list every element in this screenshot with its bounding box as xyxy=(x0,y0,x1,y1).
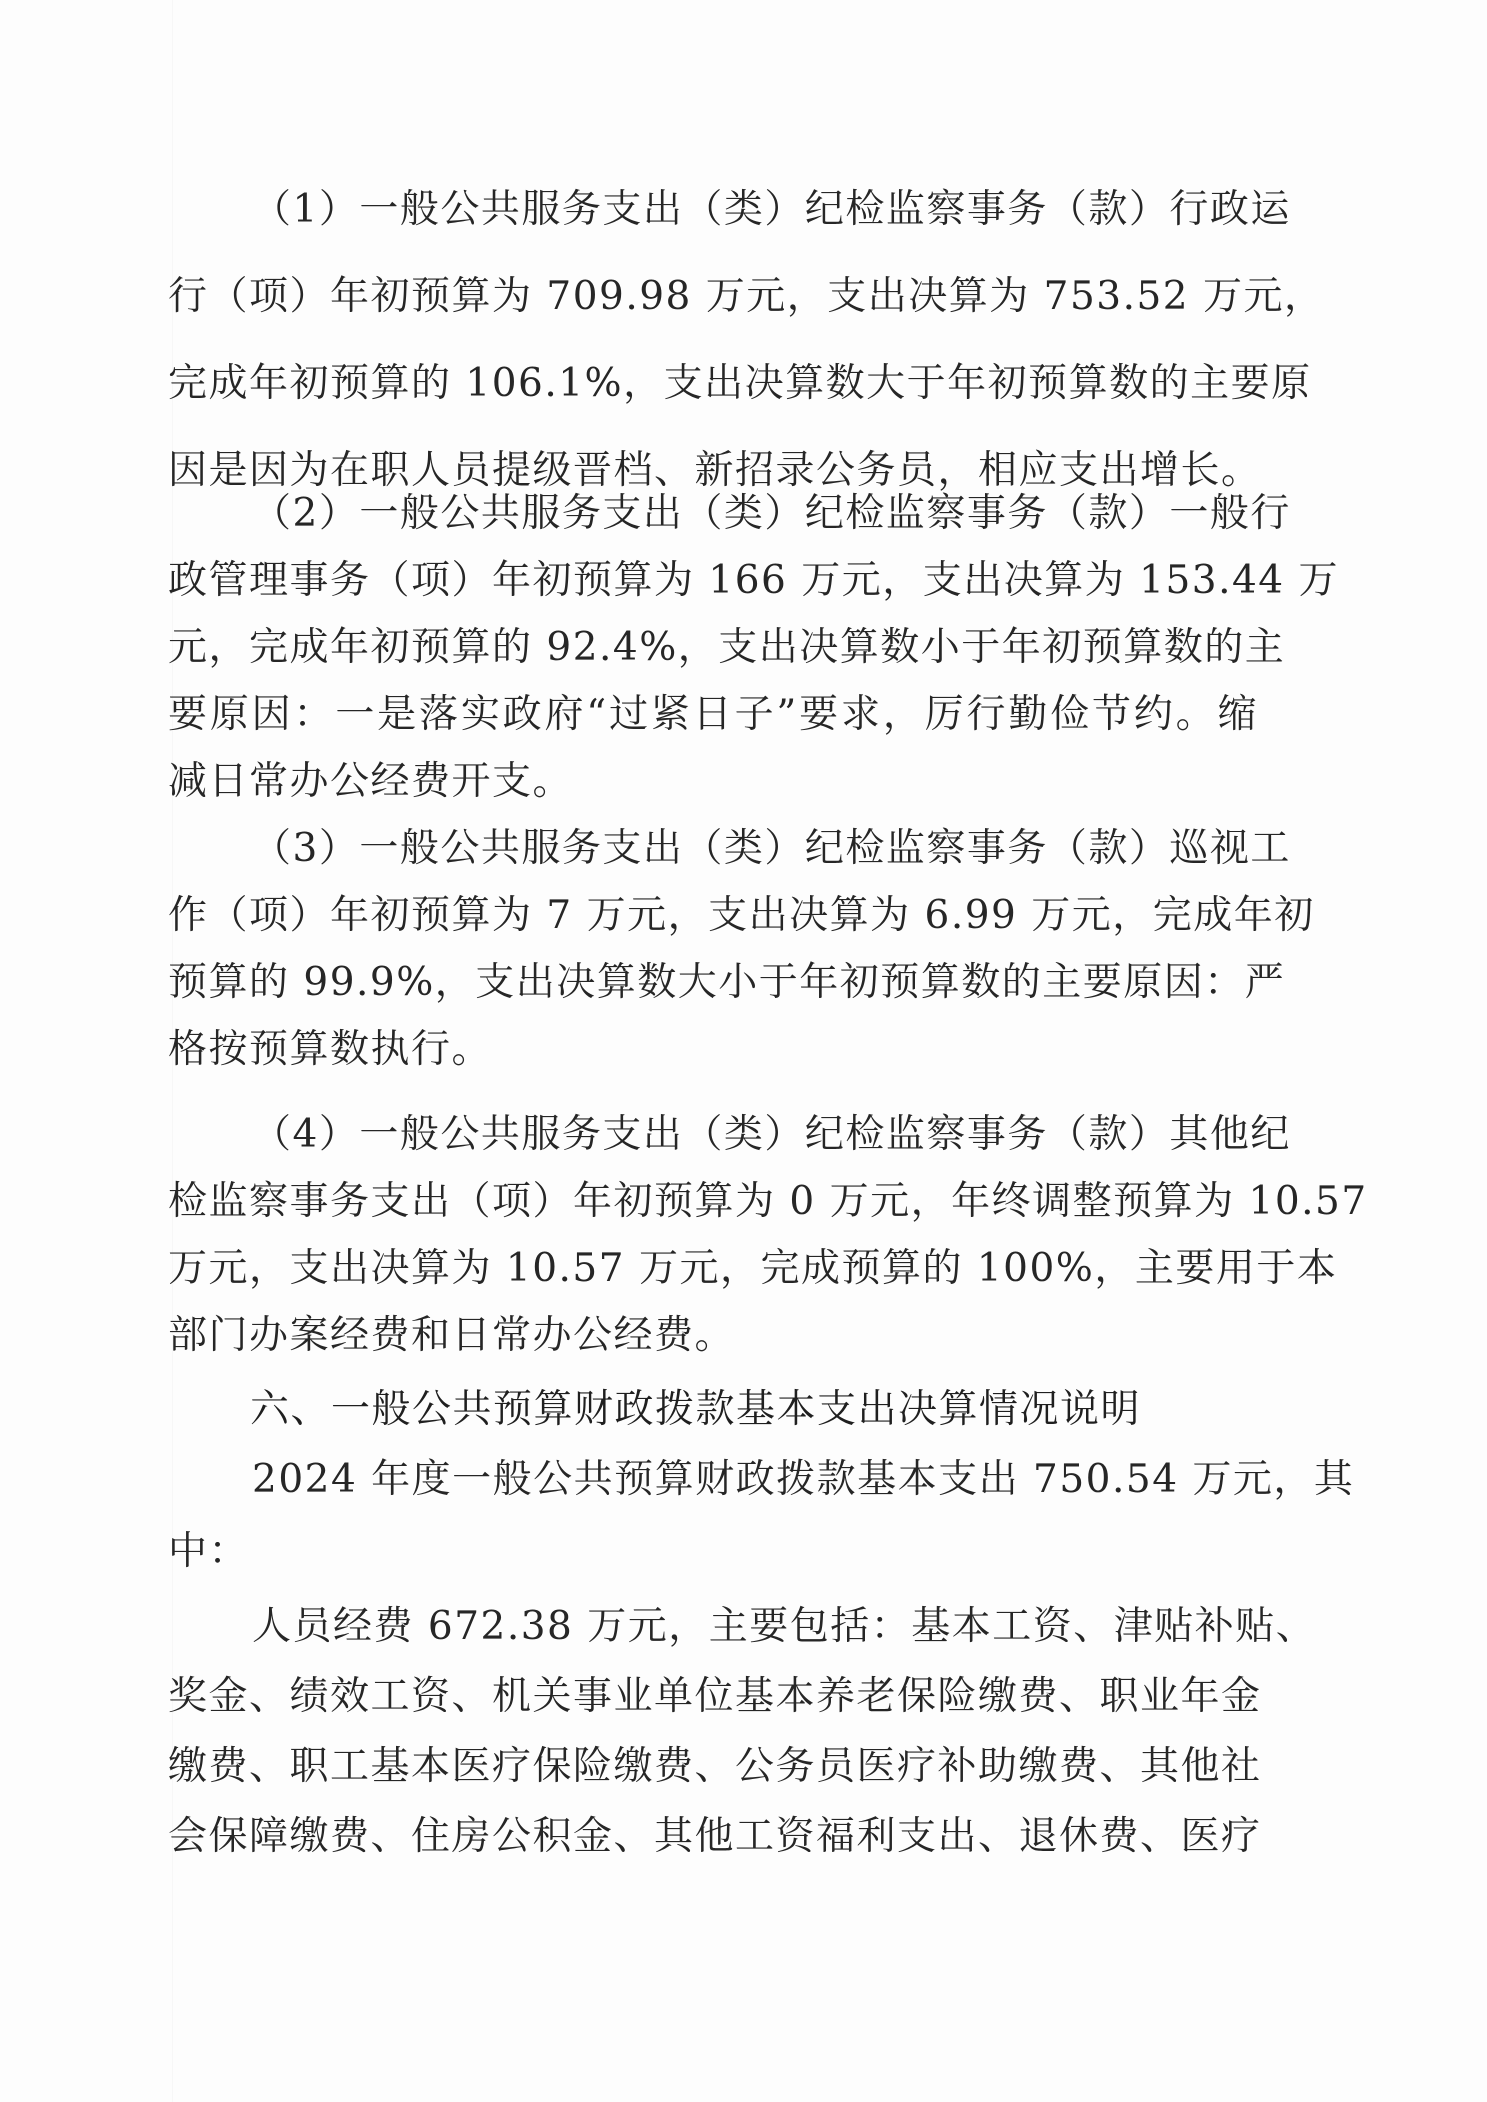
text-line: 会保障缴费、住房公积金、其他工资福利支出、退休费、医疗 xyxy=(168,1807,1258,1867)
text-line: 元，完成年初预算的 92.4%，支出决算数小于年初预算数的主 xyxy=(168,618,1258,678)
text-line: 要原因：一是落实政府“过紧日子”要求，厉行勤俭节约。缩 xyxy=(168,685,1258,745)
text-line: 预算的 99.9%，支出决算数大小于年初预算数的主要原因：严 xyxy=(168,953,1258,1013)
text-line: 检监察事务支出（项）年初预算为 0 万元，年终调整预算为 10.57 xyxy=(168,1172,1258,1232)
text-line: （1）一般公共服务支出（类）纪检监察事务（款）行政运 xyxy=(252,180,1258,240)
text-line: （2）一般公共服务支出（类）纪检监察事务（款）一般行 xyxy=(252,484,1258,544)
text-line: 行（项）年初预算为 709.98 万元，支出决算为 753.52 万元， xyxy=(168,267,1258,327)
text-line: 缴费、职工基本医疗保险缴费、公务员医疗补助缴费、其他社 xyxy=(168,1737,1258,1797)
text-line: 完成年初预算的 106.1%，支出决算数大于年初预算数的主要原 xyxy=(168,354,1258,414)
text-line: 作（项）年初预算为 7 万元，支出决算为 6.99 万元，完成年初 xyxy=(168,886,1258,946)
text-line: 人员经费 672.38 万元，主要包括：基本工资、津贴补贴、 xyxy=(252,1597,1258,1657)
section-heading: 六、一般公共预算财政拨款基本支出决算情况说明 xyxy=(250,1380,1141,1440)
text-line: 奖金、绩效工资、机关事业单位基本养老保险缴费、职业年金 xyxy=(168,1667,1258,1727)
text-line: 政管理事务（项）年初预算为 166 万元，支出决算为 153.44 万 xyxy=(168,551,1258,611)
text-line: 部门办案经费和日常办公经费。 xyxy=(168,1306,1258,1366)
document-page: （1）一般公共服务支出（类）纪检监察事务（款）行政运 行（项）年初预算为 709… xyxy=(0,0,1487,2102)
text-line: 中： xyxy=(168,1522,1258,1582)
text-line: （4）一般公共服务支出（类）纪检监察事务（款）其他纪 xyxy=(252,1105,1258,1165)
text-line: 万元，支出决算为 10.57 万元，完成预算的 100%，主要用于本 xyxy=(168,1239,1258,1299)
text-line: （3）一般公共服务支出（类）纪检监察事务（款）巡视工 xyxy=(252,819,1258,879)
text-line: 减日常办公经费开支。 xyxy=(168,752,1258,812)
text-line: 格按预算数执行。 xyxy=(168,1020,1258,1080)
text-line: 2024 年度一般公共预算财政拨款基本支出 750.54 万元，其 xyxy=(252,1450,1258,1510)
